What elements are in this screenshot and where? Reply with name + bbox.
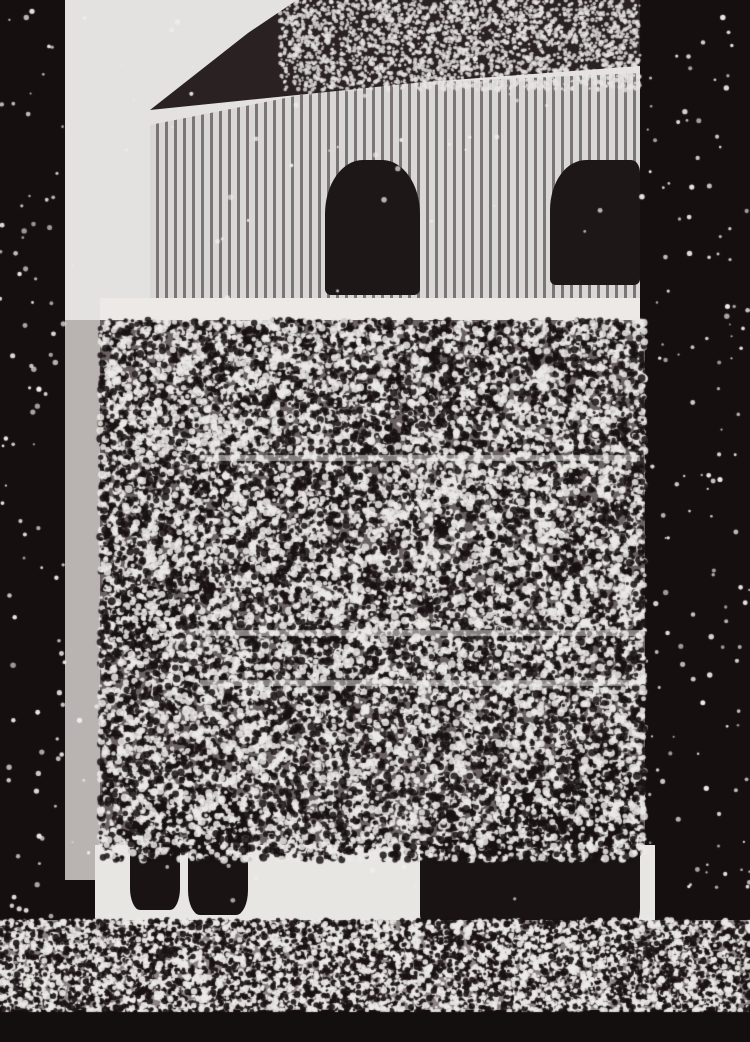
snow-grain bbox=[0, 0, 750, 1042]
photograph bbox=[0, 0, 750, 1042]
